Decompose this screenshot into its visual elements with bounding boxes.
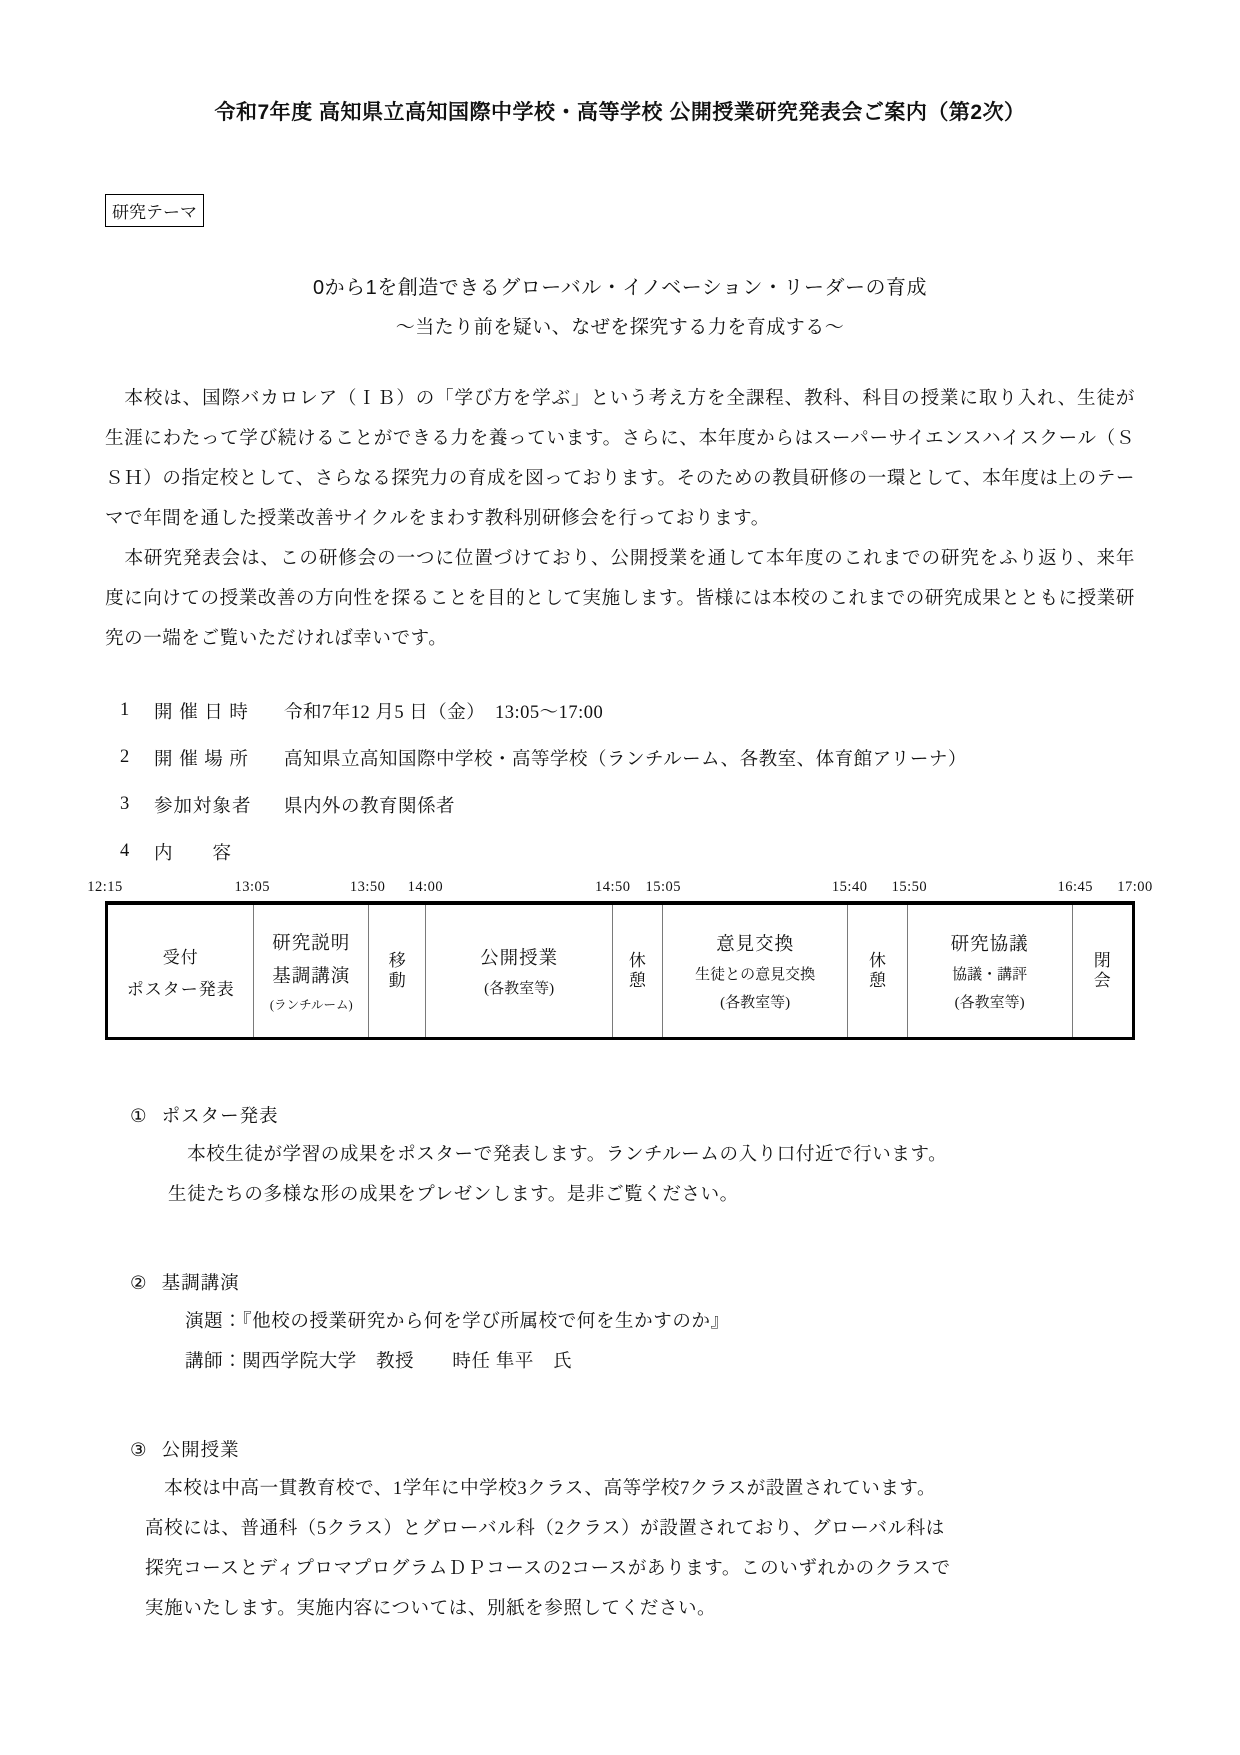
info-item-number: 2 bbox=[120, 747, 154, 768]
schedule-column-research-explanation-keynote: 研究説明基調講演(ランチルーム) bbox=[254, 905, 369, 1037]
schedule-cell-text: 移動 bbox=[389, 951, 406, 992]
detail-sections: ①ポスター発表 本校生徒が学習の成果をポスターで発表します。ランチルームの入り口… bbox=[105, 1102, 1135, 1629]
section-body: 本校生徒が学習の成果をポスターで発表します。ランチルームの入り口付近で行います。… bbox=[168, 1135, 1135, 1215]
schedule-column-break-1: 休憩 bbox=[613, 905, 663, 1037]
info-item-4: 4内 容 bbox=[105, 828, 1135, 875]
intro-paragraph-2: 本研究発表会は、この研修会の一つに位置づけており、公開授業を通して本年度のこれま… bbox=[105, 539, 1135, 659]
schedule-column-opinion-exchange: 意見交換生徒との意見交換(各教室等) bbox=[663, 905, 848, 1037]
schedule-cell-text: 研究協議 bbox=[951, 930, 1029, 956]
section-body-line: 講師：関西学院大学 教授 時任 隼平 氏 bbox=[185, 1342, 1135, 1382]
schedule-time-17:00: 17:00 bbox=[1117, 879, 1153, 896]
info-item-number: 4 bbox=[120, 841, 154, 862]
schedule-timeline: 12:1513:0513:5014:0014:5015:0515:4015:50… bbox=[105, 879, 1135, 901]
section-open-classes: ③公開授業 本校は中高一貫教育校で、1学年に中学校3クラス、高等学校7クラスが設… bbox=[105, 1436, 1135, 1629]
schedule-column-reception-poster: 受付ポスター発表 bbox=[108, 905, 254, 1037]
section-body-line: 探究コースとディプロマプログラムＤＰコースの2コースがあります。このいずれかのク… bbox=[145, 1549, 1135, 1589]
event-info-list: 1開 催 日 時令和7年12 月5 日（金） 13:05～17:002開 催 場… bbox=[105, 687, 1135, 875]
section-number: ③ bbox=[130, 1440, 147, 1462]
schedule-column-break-2: 休憩 bbox=[848, 905, 907, 1037]
section-title: 基調講演 bbox=[162, 1269, 240, 1295]
schedule-cell-text: (各教室等) bbox=[720, 991, 790, 1012]
schedule-time-14:50: 14:50 bbox=[595, 879, 631, 896]
info-item-label: 参加対象者 bbox=[154, 792, 284, 818]
schedule-cell-text: 公開授業 bbox=[480, 944, 558, 970]
section-body-line: 高校には、普通科（5クラス）とグローバル科（2クラス）が設置されており、グローバ… bbox=[145, 1509, 1135, 1549]
section-body-line: 演題：『他校の授業研究から何を学び所属校で何を生かすのか』 bbox=[185, 1302, 1135, 1342]
research-theme-label-box: 研究テーマ bbox=[105, 194, 204, 227]
section-title: ポスター発表 bbox=[162, 1102, 279, 1128]
schedule-cell-text: 協議・講評 bbox=[952, 963, 1027, 984]
section-body-line: 実施いたします。実施内容については、別紙を参照してください。 bbox=[145, 1589, 1135, 1629]
section-number: ① bbox=[130, 1106, 147, 1128]
schedule-column-closing: 閉会 bbox=[1073, 905, 1132, 1037]
research-theme-label: 研究テーマ bbox=[112, 203, 197, 222]
section-body-line: 本校は中高一貫教育校で、1学年に中学校3クラス、高等学校7クラスが設置されていま… bbox=[145, 1469, 1135, 1509]
section-heading: ②基調講演 bbox=[105, 1269, 1135, 1295]
schedule-cell-text: 閉会 bbox=[1094, 951, 1111, 992]
schedule-time-15:05: 15:05 bbox=[645, 879, 681, 896]
research-theme-line2: ～当たり前を疑い、なぜを探究する力を育成する～ bbox=[105, 312, 1135, 339]
schedule-cell-text: 基調講演 bbox=[272, 962, 350, 988]
info-item-2: 2開 催 場 所高知県立高知国際中学校・高等学校（ランチルーム、各教室、体育館ア… bbox=[105, 734, 1135, 781]
schedule-column-move: 移動 bbox=[369, 905, 426, 1037]
schedule-cell-text: 研究説明 bbox=[272, 929, 350, 955]
schedule-cell-text: 休憩 bbox=[629, 951, 646, 992]
page-title: 令和7年度 高知県立高知国際中学校・高等学校 公開授業研究発表会ご案内（第2次） bbox=[105, 96, 1135, 126]
info-item-value: 県内外の教育関係者 bbox=[284, 792, 1135, 818]
info-item-value: 令和7年12 月5 日（金） 13:05～17:00 bbox=[284, 698, 1135, 724]
schedule-cell-text: (ランチルーム) bbox=[270, 995, 353, 1013]
info-item-label: 開 催 日 時 bbox=[154, 698, 284, 724]
info-item-number: 1 bbox=[120, 700, 154, 721]
schedule-cell-text: 生徒との意見交換 bbox=[695, 963, 815, 984]
document-page: 令和7年度 高知県立高知国際中学校・高等学校 公開授業研究発表会ご案内（第2次）… bbox=[0, 0, 1240, 1755]
section-heading: ③公開授業 bbox=[105, 1436, 1135, 1462]
schedule-cell-text: 意見交換 bbox=[716, 930, 794, 956]
schedule-cell-text: 受付 bbox=[163, 943, 199, 968]
info-item-label: 内 容 bbox=[154, 839, 284, 865]
section-body: 演題：『他校の授業研究から何を学び所属校で何を生かすのか』講師：関西学院大学 教… bbox=[185, 1302, 1135, 1382]
schedule-time-14:00: 14:00 bbox=[408, 879, 444, 896]
schedule-cell-text: (各教室等) bbox=[955, 991, 1025, 1012]
schedule-cell-text: ポスター発表 bbox=[127, 975, 235, 1000]
section-keynote-lecture: ②基調講演演題：『他校の授業研究から何を学び所属校で何を生かすのか』講師：関西学… bbox=[105, 1269, 1135, 1382]
intro-paragraph-1: 本校は、国際バカロレア（ＩＢ）の「学び方を学ぶ」という考え方を全課程、教科、科目… bbox=[105, 379, 1135, 539]
schedule-column-open-class: 公開授業(各教室等) bbox=[426, 905, 612, 1037]
info-item-label: 開 催 場 所 bbox=[154, 745, 284, 771]
schedule-cell-text: (各教室等) bbox=[484, 977, 554, 998]
section-title: 公開授業 bbox=[162, 1436, 240, 1462]
schedule-time-13:50: 13:50 bbox=[350, 879, 386, 896]
section-body: 本校は中高一貫教育校で、1学年に中学校3クラス、高等学校7クラスが設置されていま… bbox=[145, 1469, 1135, 1629]
schedule-table: 受付ポスター発表研究説明基調講演(ランチルーム)移動公開授業(各教室等)休憩意見… bbox=[105, 901, 1135, 1040]
schedule-time-15:50: 15:50 bbox=[892, 879, 928, 896]
section-body-line: 本校生徒が学習の成果をポスターで発表します。ランチルームの入り口付近で行います。 bbox=[168, 1135, 1135, 1175]
research-theme-line1: 0から1を創造できるグローバル・イノベーション・リーダーの育成 bbox=[105, 271, 1135, 300]
schedule-time-13:05: 13:05 bbox=[235, 879, 271, 896]
info-item-number: 3 bbox=[120, 794, 154, 815]
section-body-line: 生徒たちの多様な形の成果をプレゼンします。是非ご覧ください。 bbox=[168, 1175, 1135, 1215]
info-item-1: 1開 催 日 時令和7年12 月5 日（金） 13:05～17:00 bbox=[105, 687, 1135, 734]
section-poster-presentation: ①ポスター発表 本校生徒が学習の成果をポスターで発表します。ランチルームの入り口… bbox=[105, 1102, 1135, 1215]
schedule-column-research-discussion: 研究協議協議・講評(各教室等) bbox=[908, 905, 1073, 1037]
info-item-value: 高知県立高知国際中学校・高等学校（ランチルーム、各教室、体育館アリーナ） bbox=[284, 745, 1135, 771]
info-item-3: 3参加対象者県内外の教育関係者 bbox=[105, 781, 1135, 828]
schedule: 12:1513:0513:5014:0014:5015:0515:4015:50… bbox=[105, 879, 1135, 1040]
section-number: ② bbox=[130, 1273, 147, 1295]
section-heading: ①ポスター発表 bbox=[105, 1102, 1135, 1128]
schedule-cell-text: 休憩 bbox=[869, 951, 886, 992]
schedule-time-12:15: 12:15 bbox=[87, 879, 123, 896]
schedule-time-15:40: 15:40 bbox=[832, 879, 868, 896]
schedule-time-16:45: 16:45 bbox=[1057, 879, 1093, 896]
